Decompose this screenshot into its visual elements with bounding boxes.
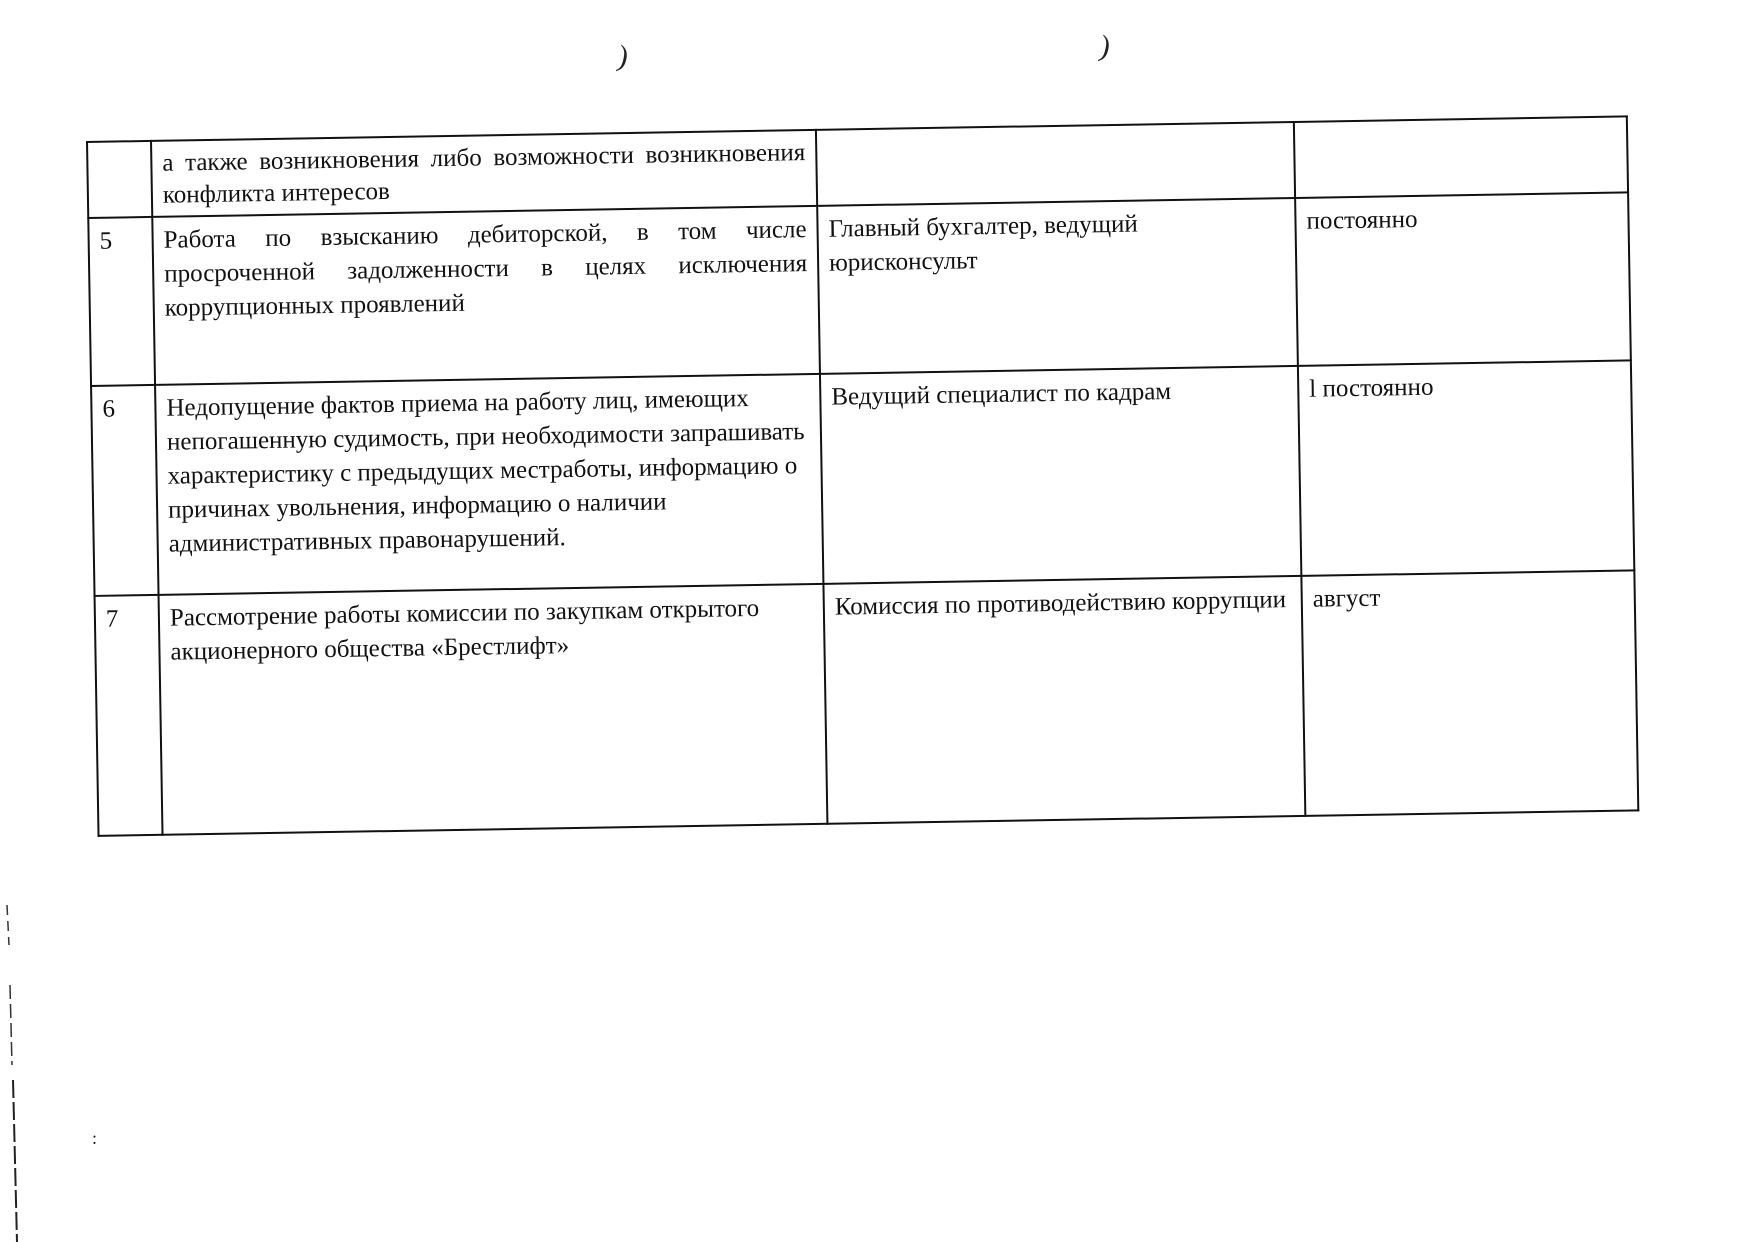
term-cell: постоянно <box>1295 192 1631 365</box>
activity-cell: Работа по взысканию дебиторской, в том ч… <box>152 206 820 385</box>
scan-mark-colon: : <box>92 1128 97 1149</box>
table-row: 7 Рассмотрение работы комиссии по закупк… <box>95 570 1639 836</box>
row-number-cell <box>87 141 152 218</box>
table-row: 5 Работа по взысканию дебиторской, в том… <box>88 192 1631 386</box>
term-cell: l постоянно <box>1298 360 1634 575</box>
activity-cell: Рассмотрение работы комиссии по закупкам… <box>159 584 828 835</box>
responsible-cell: Главный бухгалтер, ведущий юрисконсульт <box>817 198 1298 374</box>
table-row: 6 Недопущение фактов приема на работу ли… <box>91 360 1634 596</box>
term-cell: август <box>1301 570 1638 815</box>
row-number-cell: 5 <box>88 217 155 386</box>
activity-cell: Недопущение фактов приема на работу лиц,… <box>155 374 823 595</box>
anticorruption-plan-table: а также возникновения либо возможности в… <box>86 115 1639 836</box>
row-number-cell: 7 <box>95 595 163 836</box>
scan-mark-top-left: ) <box>615 41 631 72</box>
row-number-cell: 6 <box>91 385 158 596</box>
responsible-cell <box>816 122 1295 206</box>
scan-mark-top-right: ) <box>1097 31 1113 62</box>
scan-edge-artifact <box>4 905 18 1242</box>
responsible-cell: Ведущий специалист по кадрам <box>820 366 1301 584</box>
activity-cell: а также возникновения либо возможности в… <box>151 130 817 217</box>
responsible-cell: Комиссия по противодействию коррупции <box>823 576 1305 824</box>
plan-table-container: а также возникновения либо возможности в… <box>86 115 1637 836</box>
term-cell <box>1294 116 1628 198</box>
